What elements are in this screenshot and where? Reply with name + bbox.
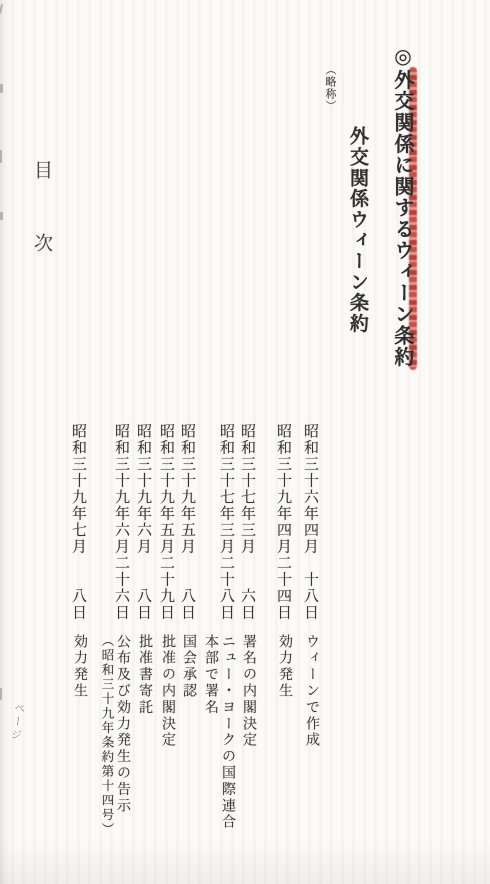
abbreviation-label: （略称） xyxy=(322,64,338,112)
history-date: 昭和三十九年五月 八日 xyxy=(177,423,198,621)
history-date: 昭和三十九年七月 八日 xyxy=(68,423,89,621)
history-event: 批准書寄託 xyxy=(134,634,154,716)
document-title: ◎外交関係に関するウィーン条約 xyxy=(388,44,417,368)
history-event: 署名の内閣決定 xyxy=(238,634,258,749)
history-date: 昭和三十六年四月 十八日 xyxy=(300,423,321,621)
history-event: 効力発生 xyxy=(69,634,89,700)
history-date: 昭和三十九年四月二十四日 xyxy=(273,423,294,621)
toc-heading: 目次 xyxy=(28,160,55,306)
scan-edge-artifact xyxy=(0,150,2,163)
history-date: 昭和三十七年三月 六日 xyxy=(237,423,258,621)
history-event-citation: （昭和三十九年条約第十四号） xyxy=(98,634,116,837)
history-event-continuation: 本部で署名 xyxy=(200,634,220,716)
scan-edge-artifact xyxy=(0,84,3,93)
history-event: ニュー・ヨークの国際連合 xyxy=(217,634,237,831)
history-date: 昭和三十七年三月二十八日 xyxy=(216,423,237,621)
history-event: 効力発生 xyxy=(274,634,294,700)
history-event: 批准の内閣決定 xyxy=(157,634,177,749)
history-date: 昭和三十九年五月二十九日 xyxy=(156,423,177,621)
history-date: 昭和三十九年六月二十六日 xyxy=(111,423,132,621)
history-date: 昭和三十九年六月 八日 xyxy=(133,423,154,621)
scanned-document-page: ◎外交関係に関するウィーン条約 （略称） 外交関係ウィーン条約 目次 昭和三十六… xyxy=(0,0,490,884)
history-event: ウィーンで作成 xyxy=(301,634,321,749)
scan-edge-artifact xyxy=(0,212,3,220)
scan-edge-artifact xyxy=(0,688,2,700)
abbreviation-title: 外交関係ウィーン条約 xyxy=(344,126,371,334)
page-column-label: ページ xyxy=(7,701,28,743)
history-event: 国会承認 xyxy=(178,634,198,700)
scan-edge-artifact xyxy=(0,4,3,14)
